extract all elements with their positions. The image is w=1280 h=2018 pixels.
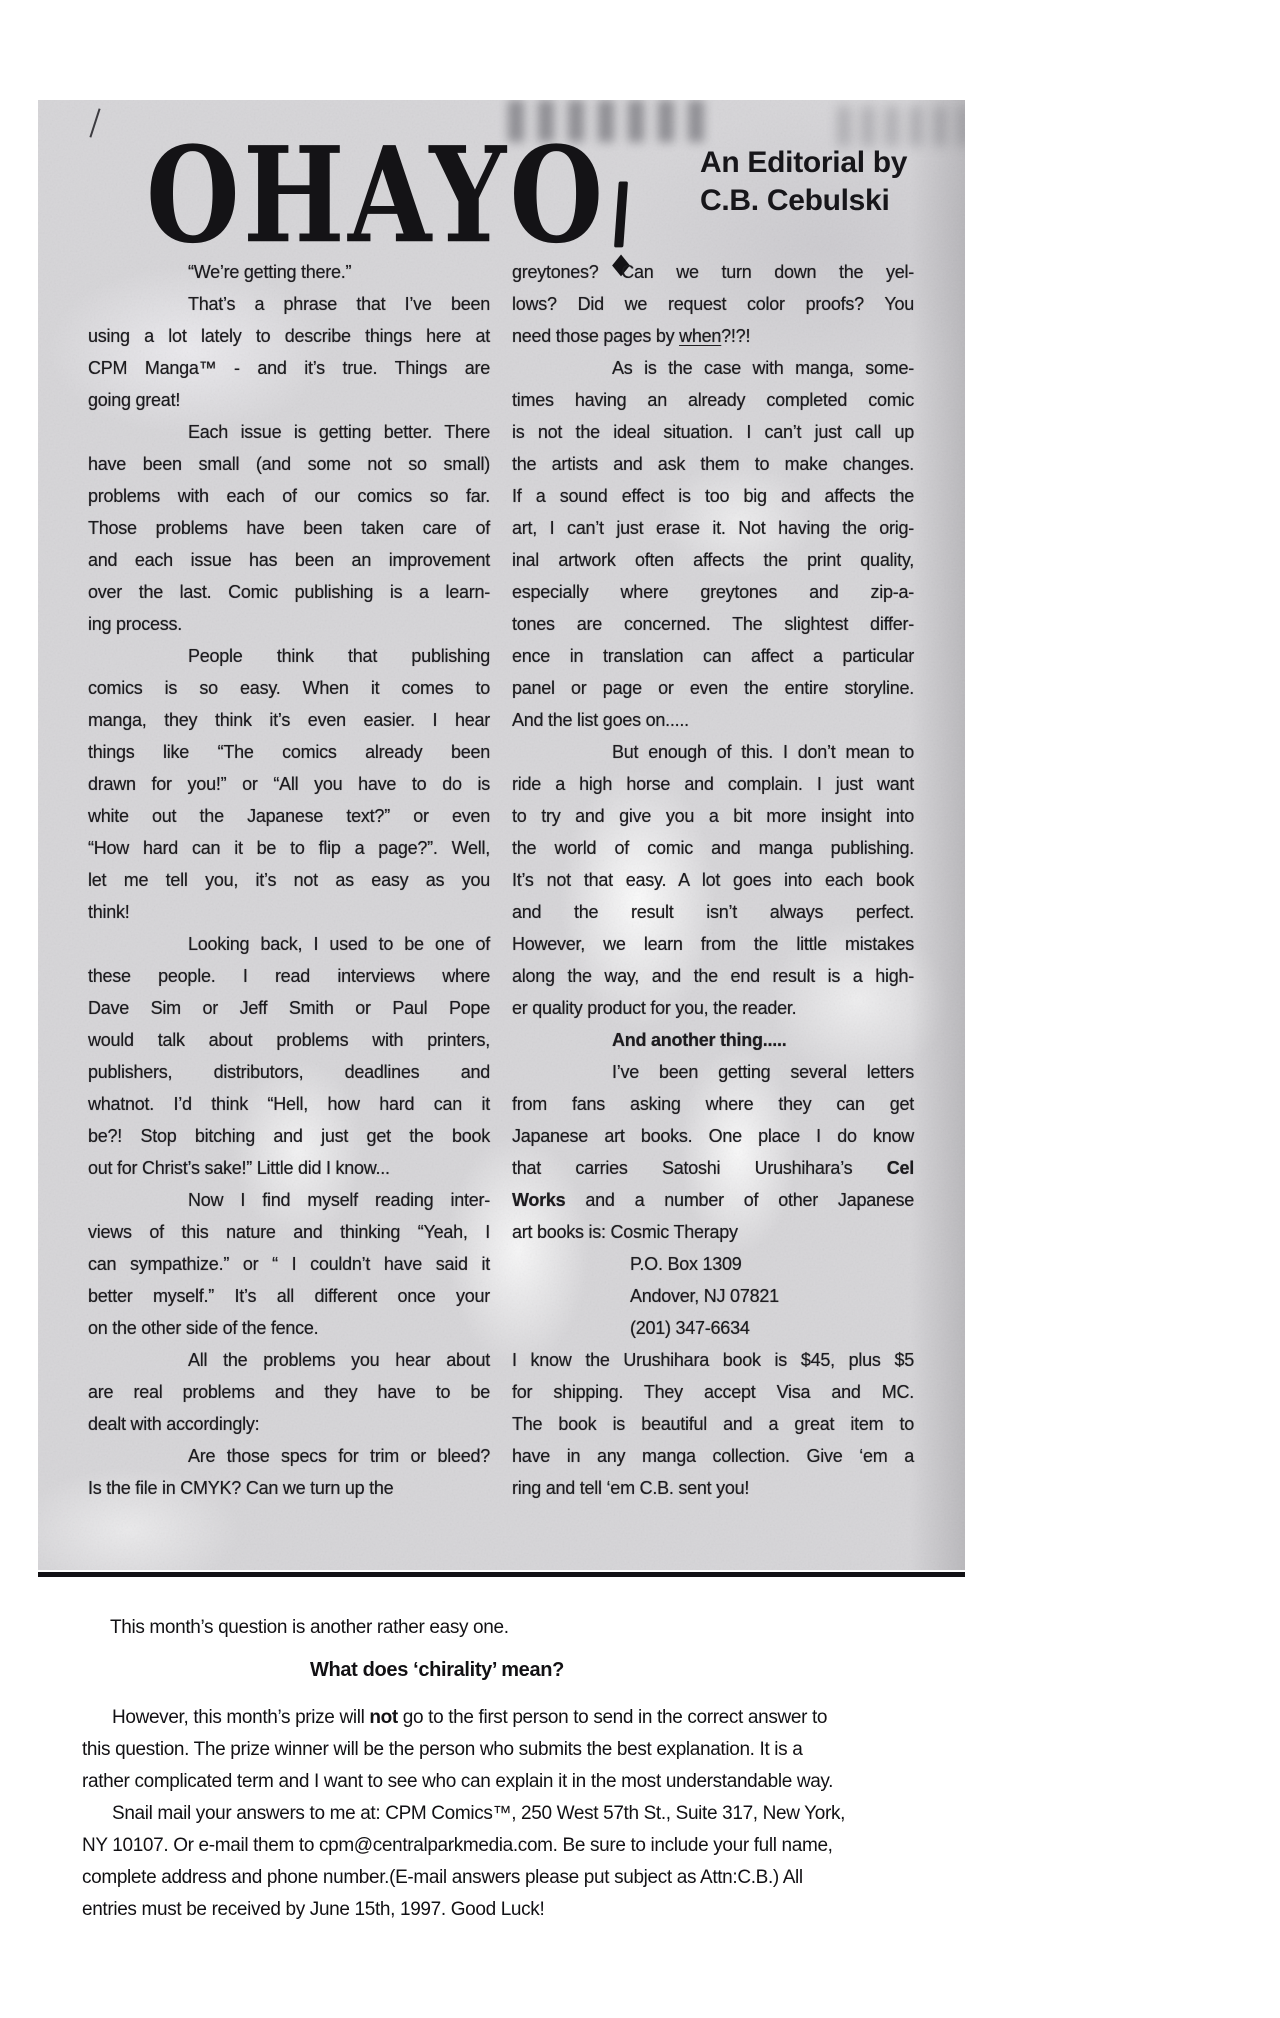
text-line: comics is so easy. When it comes to [88,672,490,704]
text-line: think! [88,896,490,928]
text-line: have been small (and some not so small) [88,448,490,480]
text-line: the world of comic and manga publishing. [512,832,914,864]
text-line: going great! [88,384,490,416]
text-line: rather complicated term and I want to se… [82,1766,892,1798]
text-line: Works and a number of other Japanese [512,1184,914,1216]
text-line: ence in translation can affect a particu… [512,640,914,672]
text-line: dealt with accordingly: [88,1408,490,1440]
text-line: er quality product for you, the reader. [512,992,914,1024]
editorial-left-column: “We’re getting there.”That’s a phrase th… [88,256,490,1504]
text-line: Is the file in CMYK? Can we turn up the [88,1472,490,1504]
text-line: for shipping. They accept Visa and MC. [512,1376,914,1408]
text-line: these people. I read interviews where [88,960,490,992]
text-line: Andover, NJ 07821 [512,1280,914,1312]
text-line: I know the Urushihara book is $45, plus … [512,1344,914,1376]
page-title: OHAYO [146,130,628,267]
contest-body: However, this month’s prize will not go … [82,1702,892,1926]
text-line: Japanese art books. One place I do know [512,1120,914,1152]
text-line: Looking back, I used to be one of [88,928,490,960]
text-line: inal artwork often affects the print qua… [512,544,914,576]
text-line: that carries Satoshi Urushihara’s Cel [512,1152,914,1184]
text-line: are real problems and they have to be [88,1376,490,1408]
byline-line2: C.B. Cebulski [700,182,907,220]
text-line: especially where greytones and zip-a- [512,576,914,608]
text-line: All the problems you hear about [88,1344,490,1376]
text-line: this question. The prize winner will be … [82,1734,892,1766]
text-line: Snail mail your answers to me at: CPM Co… [82,1798,892,1830]
text-line: to try and give you a bit more insight i… [512,800,914,832]
text-line: let me tell you, it’s not as easy as you [88,864,490,896]
text-line: white out the Japanese text?” or even [88,800,490,832]
text-line: ing process. [88,608,490,640]
text-line: things like “The comics already been [88,736,490,768]
text-line: problems with each of our comics so far. [88,480,490,512]
page: { "masthead": { "title_word": "OHAYO", "… [0,0,1280,2018]
scan-stray-mark [89,108,100,137]
text-line: publishers, distributors, deadlines and [88,1056,490,1088]
page-title-text: OHAYO [146,119,607,273]
text-line: tones are concerned. The slightest diffe… [512,608,914,640]
text-line: I’ve been getting several letters [512,1056,914,1088]
text-line: drawn for you!” or “All you have to do i… [88,768,490,800]
text-line: over the last. Comic publishing is a lea… [88,576,490,608]
text-line: and the result isn’t always perfect. [512,896,914,928]
scanned-editorial-page: OHAYO An Editorial by C.B. Cebulski “We’… [38,100,965,1570]
text-line: manga, they think it’s even easier. I he… [88,704,490,736]
text-line: need those pages by when?!?! [512,320,914,352]
bleedthrough-smudge [838,106,965,146]
text-line: However, we learn from the little mistak… [512,928,914,960]
text-line: entries must be received by June 15th, 1… [82,1894,892,1926]
text-line: But enough of this. I don’t mean to [512,736,914,768]
text-line: better myself.” It’s all different once … [88,1280,490,1312]
text-line: Each issue is getting better. There [88,416,490,448]
text-line: on the other side of the fence. [88,1312,490,1344]
text-line: As is the case with manga, some- [512,352,914,384]
contest-question: What does ‘chirality’ mean? [82,1654,892,1686]
section-divider-rule [38,1572,965,1577]
text-line: P.O. Box 1309 [512,1248,914,1280]
text-line: can sympathize.” or “ I couldn’t have sa… [88,1248,490,1280]
text-line: (201) 347-6634 [512,1312,914,1344]
text-line: Are those specs for trim or bleed? [88,1440,490,1472]
text-line: “We’re getting there.” [88,256,490,288]
text-line: Dave Sim or Jeff Smith or Paul Pope [88,992,490,1024]
text-line: greytones? Can we turn down the yel- [512,256,914,288]
text-line: ring and tell ‘em C.B. sent you! [512,1472,914,1504]
text-line: It’s not that easy. A lot goes into each… [512,864,914,896]
text-line: People think that publishing [88,640,490,672]
text-line: If a sound effect is too big and affects… [512,480,914,512]
text-line: ride a high horse and complain. I just w… [512,768,914,800]
text-line: art, I can’t just erase it. Not having t… [512,512,914,544]
text-line: That’s a phrase that I’ve been [88,288,490,320]
text-line: complete address and phone number.(E-mai… [82,1862,892,1894]
text-line: the artists and ask them to make changes… [512,448,914,480]
text-line: “How hard can it be to flip a page?”. We… [88,832,490,864]
text-line: using a lot lately to describe things he… [88,320,490,352]
text-line: Now I find myself reading inter- [88,1184,490,1216]
text-line: is not the ideal situation. I can’t just… [512,416,914,448]
text-line: views of this nature and thinking “Yeah,… [88,1216,490,1248]
text-line: from fans asking where they can get [512,1088,914,1120]
text-line: lows? Did we request color proofs? You [512,288,914,320]
text-line: along the way, and the end result is a h… [512,960,914,992]
text-line: The book is beautiful and a great item t… [512,1408,914,1440]
text-line: NY 10107. Or e-mail them to cpm@centralp… [82,1830,892,1862]
byline-line1: An Editorial by [700,144,907,182]
text-line: have in any manga collection. Give ‘em a [512,1440,914,1472]
text-line: and each issue has been an improvement [88,544,490,576]
text-line: would talk about problems with printers, [88,1024,490,1056]
text-line: be?! Stop bitching and just get the book [88,1120,490,1152]
text-line: whatnot. I’d think “Hell, how hard can i… [88,1088,490,1120]
contest-section: This month’s question is another rather … [82,1612,892,1926]
text-line: Those problems have been taken care of [88,512,490,544]
text-line: art books is: Cosmic Therapy [512,1216,914,1248]
editorial-right-column: greytones? Can we turn down the yel-lows… [512,256,914,1504]
text-line: And another thing..... [512,1024,914,1056]
text-line: times having an already completed comic [512,384,914,416]
byline: An Editorial by C.B. Cebulski [700,144,907,220]
text-line: However, this month’s prize will not go … [82,1702,892,1734]
text-line: CPM Manga™ - and it’s true. Things are [88,352,490,384]
text-line: And the list goes on..... [512,704,914,736]
text-line: panel or page or even the entire storyli… [512,672,914,704]
contest-intro: This month’s question is another rather … [82,1612,892,1644]
text-line: out for Christ’s sake!” Little did I kno… [88,1152,490,1184]
